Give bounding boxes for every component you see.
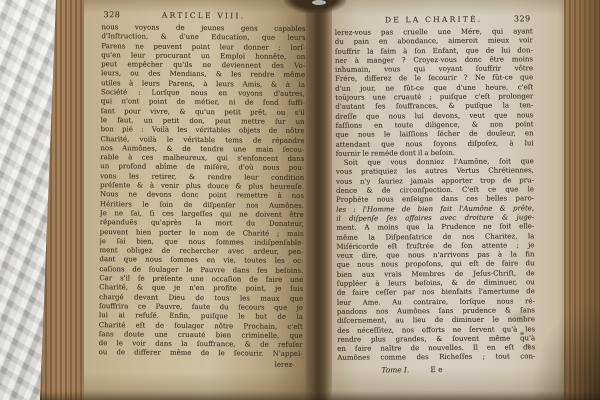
binding-glint: [312, 0, 326, 5]
right-page-body: lerez-vous pas cruelle une Mére, qui aya…: [335, 27, 536, 363]
right-page-header: DE LA CHARITÉ. 329: [335, 14, 533, 29]
ink-spot: [520, 332, 524, 335]
left-page-number: 328: [103, 10, 120, 19]
right-page-number: 329: [514, 14, 531, 23]
right-page-footer: Tome I. E e: [337, 364, 535, 376]
corner-shadow: [530, 300, 600, 400]
left-running-title: ARTICLE VIII.: [101, 10, 305, 21]
page-stain: [506, 310, 532, 324]
tome-label: Tome I.: [381, 365, 409, 374]
text-line: Aumônes comme des Richeſſes ; tout con-: [337, 353, 535, 364]
gathering-signature: E e: [337, 364, 535, 375]
left-page-header: 328 ARTICLE VIII.: [101, 10, 305, 25]
book-photograph: 328 ARTICLE VIII. nous voyons de jeunes …: [0, 0, 600, 400]
right-running-title: DE LA CHARITÉ.: [335, 14, 533, 25]
left-page-body: nous voyons de jeunes gens capablesd'Inſ…: [99, 23, 306, 359]
text-line: ou de differer même de le ſecourir. N'ap…: [99, 348, 303, 359]
right-page-text: DE LA CHARITÉ. 329 lerez-vous pas cruell…: [335, 14, 536, 375]
bottom-shadow: [40, 391, 600, 400]
left-page-text: 328 ARTICLE VIII. nous voyons de jeunes …: [98, 10, 305, 368]
